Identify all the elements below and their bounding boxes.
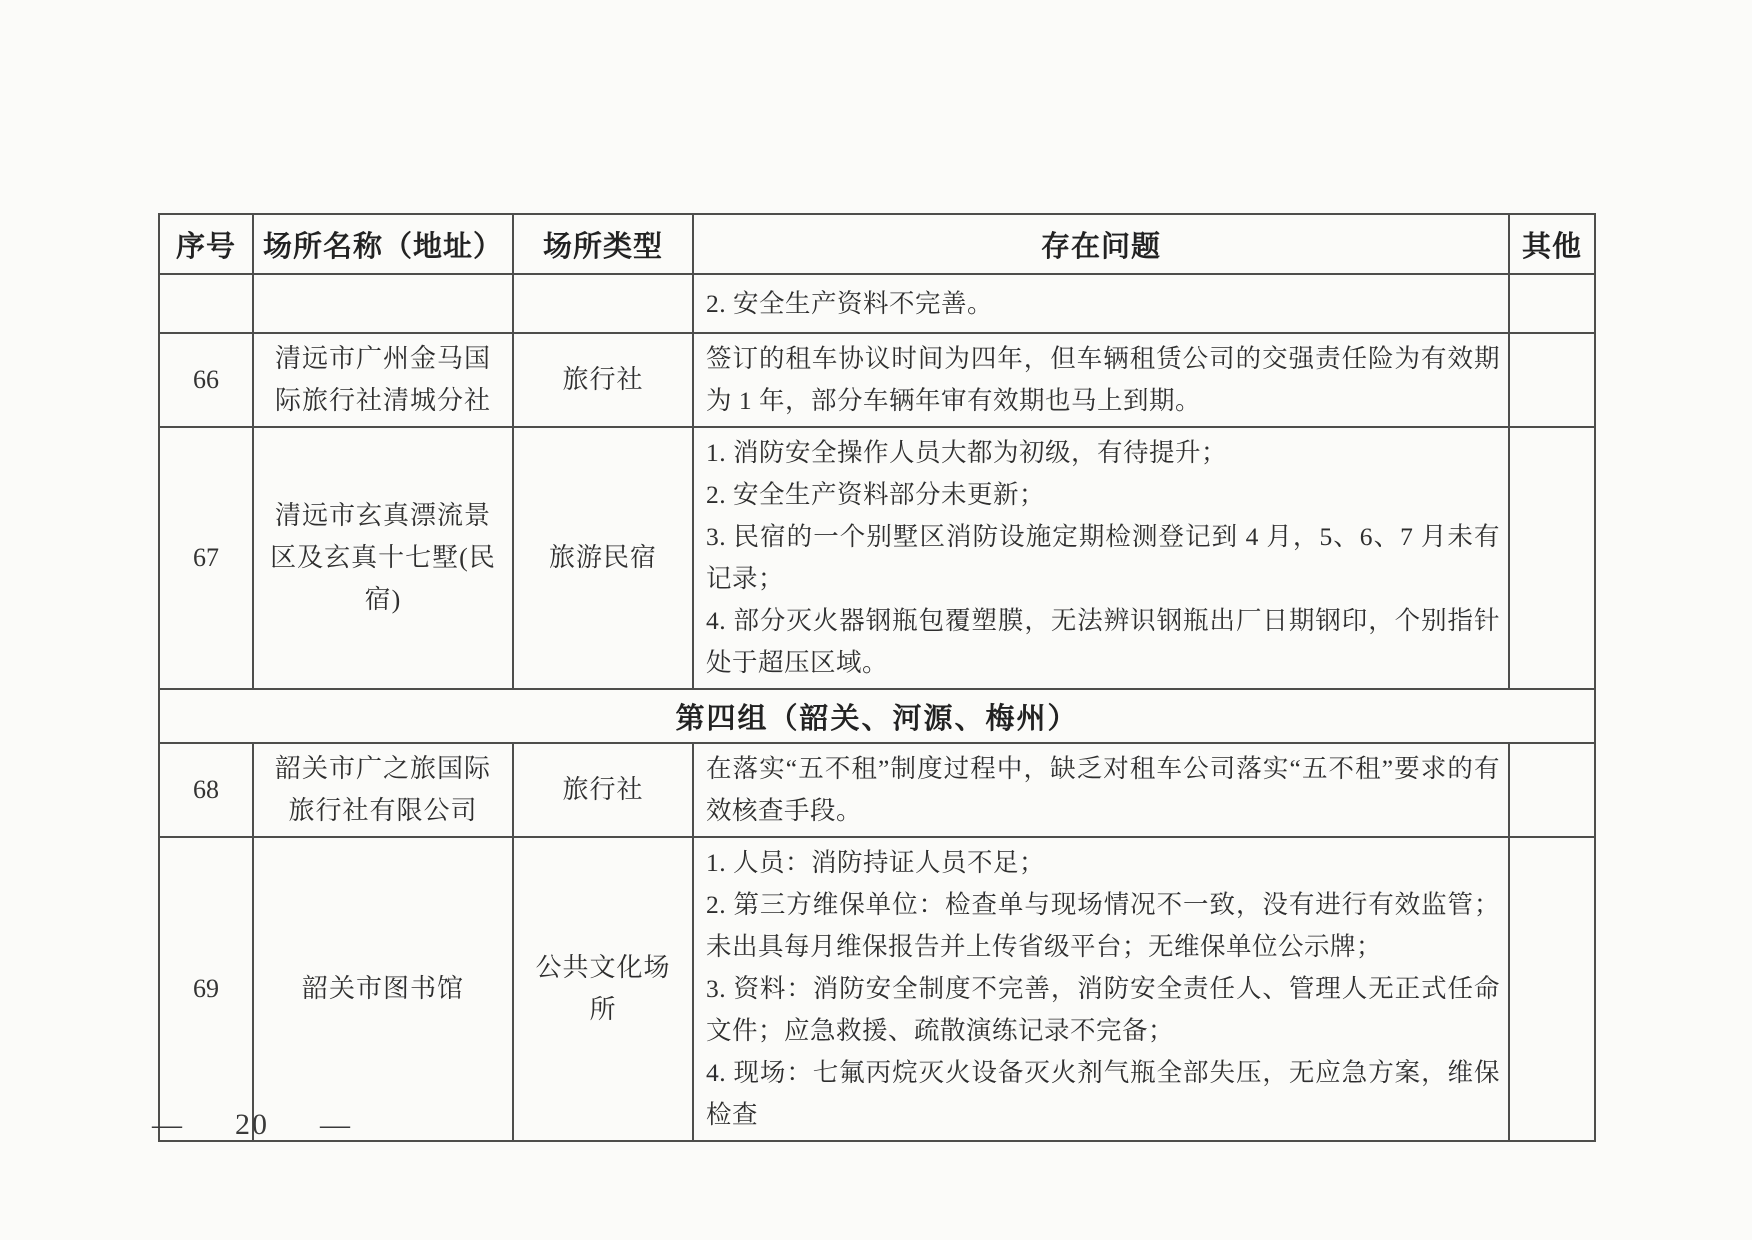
document-page: 序号 场所名称（地址） 场所类型 存在问题 其他 2. 安全生产资料不完善。 6… [0, 0, 1752, 1240]
other-cell [1509, 427, 1595, 689]
header-other: 其他 [1509, 214, 1595, 274]
seq-cell: 66 [159, 333, 253, 427]
problems-cell: 1. 消防安全操作人员大都为初级，有待提升； 2. 安全生产资料部分未更新； 3… [693, 427, 1509, 689]
name-cell [253, 274, 513, 333]
type-cell: 公共文化场所 [513, 837, 693, 1141]
page-number: — 20 — [152, 1108, 352, 1142]
problem-item: 签订的租车协议时间为四年，但车辆租赁公司的交强责任险为有效期为 1 年，部分车辆… [706, 338, 1500, 422]
seq-cell: 69 [159, 837, 253, 1141]
header-type: 场所类型 [513, 214, 693, 274]
table-row-67: 67 清远市玄真漂流景区及玄真十七墅(民宿) 旅游民宿 1. 消防安全操作人员大… [159, 427, 1595, 689]
problem-item: 在落实“五不租”制度过程中，缺乏对租车公司落实“五不租”要求的有效核查手段。 [706, 748, 1500, 832]
other-cell [1509, 274, 1595, 333]
problem-item: 2. 第三方维保单位：检查单与现场情况不一致，没有进行有效监管；未出具每月维保报… [706, 884, 1500, 968]
problem-item: 3. 资料：消防安全制度不完善，消防安全责任人、管理人无正式任命文件；应急救援、… [706, 968, 1500, 1052]
header-name: 场所名称（地址） [253, 214, 513, 274]
name-cell: 清远市广州金马国际旅行社清城分社 [253, 333, 513, 427]
problem-item: 3. 民宿的一个别墅区消防设施定期检测登记到 4 月，5、6、7 月未有记录； [706, 516, 1500, 600]
table-row-69: 69 韶关市图书馆 公共文化场所 1. 人员：消防持证人员不足； 2. 第三方维… [159, 837, 1595, 1141]
other-cell [1509, 743, 1595, 837]
problem-item: 1. 人员：消防持证人员不足； [706, 842, 1500, 884]
table-row-66: 66 清远市广州金马国际旅行社清城分社 旅行社 签订的租车协议时间为四年，但车辆… [159, 333, 1595, 427]
group-header-label: 第四组（韶关、河源、梅州） [159, 689, 1595, 743]
seq-cell: 67 [159, 427, 253, 689]
seq-cell: 68 [159, 743, 253, 837]
problems-cell: 2. 安全生产资料不完善。 [693, 274, 1509, 333]
inspection-table: 序号 场所名称（地址） 场所类型 存在问题 其他 2. 安全生产资料不完善。 6… [158, 213, 1596, 1142]
other-cell [1509, 837, 1595, 1141]
problem-item: 1. 消防安全操作人员大都为初级，有待提升； [706, 432, 1500, 474]
table-row-68: 68 韶关市广之旅国际旅行社有限公司 旅行社 在落实“五不租”制度过程中，缺乏对… [159, 743, 1595, 837]
type-cell: 旅游民宿 [513, 427, 693, 689]
problem-item: 2. 安全生产资料不完善。 [706, 283, 1500, 325]
type-cell: 旅行社 [513, 333, 693, 427]
problem-item: 4. 现场：七氟丙烷灭火设备灭火剂气瓶全部失压，无应急方案，维保检查 [706, 1052, 1500, 1136]
name-cell: 韶关市图书馆 [253, 837, 513, 1141]
problem-item: 2. 安全生产资料部分未更新； [706, 474, 1500, 516]
group-header-row: 第四组（韶关、河源、梅州） [159, 689, 1595, 743]
table-header-row: 序号 场所名称（地址） 场所类型 存在问题 其他 [159, 214, 1595, 274]
problems-cell: 在落实“五不租”制度过程中，缺乏对租车公司落实“五不租”要求的有效核查手段。 [693, 743, 1509, 837]
problem-item: 4. 部分灭火器钢瓶包覆塑膜，无法辨识钢瓶出厂日期钢印，个别指针处于超压区域。 [706, 600, 1500, 684]
name-cell: 韶关市广之旅国际旅行社有限公司 [253, 743, 513, 837]
problems-cell: 1. 人员：消防持证人员不足； 2. 第三方维保单位：检查单与现场情况不一致，没… [693, 837, 1509, 1141]
table-row-continuation: 2. 安全生产资料不完善。 [159, 274, 1595, 333]
other-cell [1509, 333, 1595, 427]
name-cell: 清远市玄真漂流景区及玄真十七墅(民宿) [253, 427, 513, 689]
type-cell: 旅行社 [513, 743, 693, 837]
type-cell [513, 274, 693, 333]
seq-cell [159, 274, 253, 333]
header-problems: 存在问题 [693, 214, 1509, 274]
problems-cell: 签订的租车协议时间为四年，但车辆租赁公司的交强责任险为有效期为 1 年，部分车辆… [693, 333, 1509, 427]
header-seq: 序号 [159, 214, 253, 274]
